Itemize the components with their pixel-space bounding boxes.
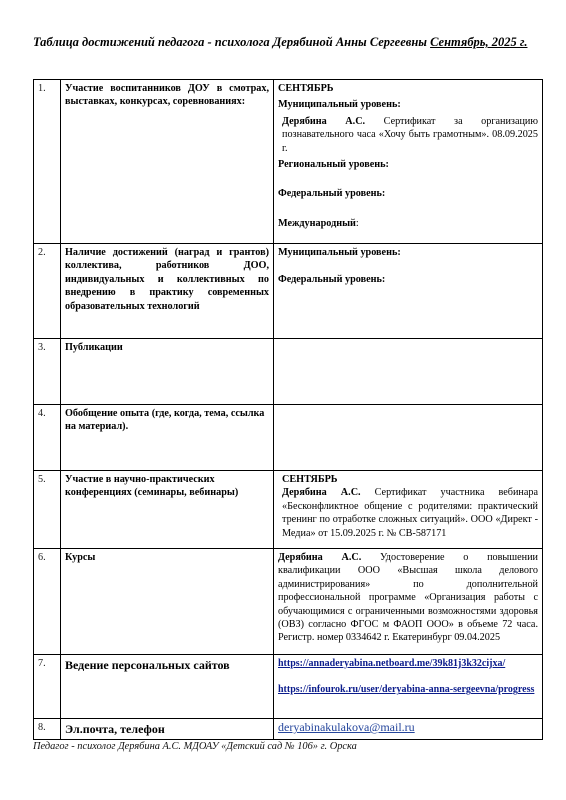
row-label: Участие воспитанников ДОУ в смотрах, выс… bbox=[61, 80, 274, 244]
row-label: Участие в научно-практических конференци… bbox=[61, 471, 274, 549]
person-name: Дерябина А.С. bbox=[282, 487, 361, 498]
table-row: 8. Эл.почта, телефон deryabinakulakova@m… bbox=[34, 719, 543, 740]
table-row: 2. Наличие достижений (наград и грантов)… bbox=[34, 244, 543, 339]
row-value bbox=[274, 339, 543, 405]
table-row: 4. Обобщение опыта (где, когда, тема, сс… bbox=[34, 405, 543, 471]
federal-level-label: Федеральный уровень: bbox=[278, 273, 538, 286]
month-heading: СЕНТЯБРЬ bbox=[278, 473, 538, 486]
row-label: Ведение персональных сайтов bbox=[61, 655, 274, 719]
row-value: deryabinakulakova@mail.ru bbox=[274, 719, 543, 740]
row-number: 1. bbox=[34, 80, 61, 244]
document-title: Таблица достижений педагога - психолога … bbox=[33, 33, 538, 51]
table-row: 1. Участие воспитанников ДОУ в смотрах, … bbox=[34, 80, 543, 244]
row-number: 2. bbox=[34, 244, 61, 339]
row-value: СЕНТЯБРЬ Муниципальный уровень: Дерябина… bbox=[274, 80, 543, 244]
table-row: 5. Участие в научно-практических конфере… bbox=[34, 471, 543, 549]
month-heading: СЕНТЯБРЬ bbox=[278, 82, 538, 95]
row-label: Эл.почта, телефон bbox=[61, 719, 274, 740]
webinar-entry: Дерябина А.С. Сертификат участника вебин… bbox=[278, 486, 538, 540]
title-period: Сентябрь, 2025 г. bbox=[430, 35, 527, 49]
row-label: Публикации bbox=[61, 339, 274, 405]
federal-level-label: Федеральный уровень: bbox=[278, 187, 538, 200]
table-row: 6. Курсы Дерябина А.С. Удостоверение о п… bbox=[34, 549, 543, 655]
site-link-netboard[interactable]: https://annaderyabina.netboard.me/39k81j… bbox=[278, 657, 538, 670]
row-value: СЕНТЯБРЬ Дерябина А.С. Сертификат участн… bbox=[274, 471, 543, 549]
row-value: https://annaderyabina.netboard.me/39k81j… bbox=[274, 655, 543, 719]
document-footer: Педагог - психолог Дерябина А.С. МДОАУ «… bbox=[33, 741, 357, 752]
row-number: 8. bbox=[34, 719, 61, 740]
person-name: Дерябина А.С. bbox=[282, 116, 365, 127]
row-label: Курсы bbox=[61, 549, 274, 655]
row-number: 6. bbox=[34, 549, 61, 655]
row-value: Дерябина А.С. Удостоверение о повышении … bbox=[274, 549, 543, 655]
entry-text: Удостоверение о повышении квалификации О… bbox=[278, 552, 538, 643]
regional-level-label: Региональный уровень: bbox=[278, 158, 538, 171]
row-number: 7. bbox=[34, 655, 61, 719]
table-row: 3. Публикации bbox=[34, 339, 543, 405]
row-value: Муниципальный уровень: Федеральный урове… bbox=[274, 244, 543, 339]
row-label: Наличие достижений (наград и грантов) ко… bbox=[61, 244, 274, 339]
row-number: 4. bbox=[34, 405, 61, 471]
achievements-table: 1. Участие воспитанников ДОУ в смотрах, … bbox=[33, 79, 543, 740]
municipal-level-label: Муниципальный уровень: bbox=[278, 98, 538, 111]
title-text: Таблица достижений педагога - психолога … bbox=[33, 35, 430, 49]
row-value bbox=[274, 405, 543, 471]
row-number: 3. bbox=[34, 339, 61, 405]
municipal-level-label: Муниципальный уровень: bbox=[278, 246, 538, 259]
international-level-label: Международный: bbox=[278, 217, 538, 230]
site-link-infourok[interactable]: https://infourok.ru/user/deryabina-anna-… bbox=[278, 683, 538, 696]
table-row: 7. Ведение персональных сайтов https://a… bbox=[34, 655, 543, 719]
row-number: 5. bbox=[34, 471, 61, 549]
email-link[interactable]: deryabinakulakova@mail.ru bbox=[278, 720, 415, 734]
course-entry: Дерябина А.С. Удостоверение о повышении … bbox=[278, 551, 538, 645]
row-label: Обобщение опыта (где, когда, тема, ссылк… bbox=[61, 405, 274, 471]
municipal-entry: Дерябина А.С. Сертификат за организацию … bbox=[278, 115, 538, 155]
person-name: Дерябина А.С. bbox=[278, 552, 361, 563]
